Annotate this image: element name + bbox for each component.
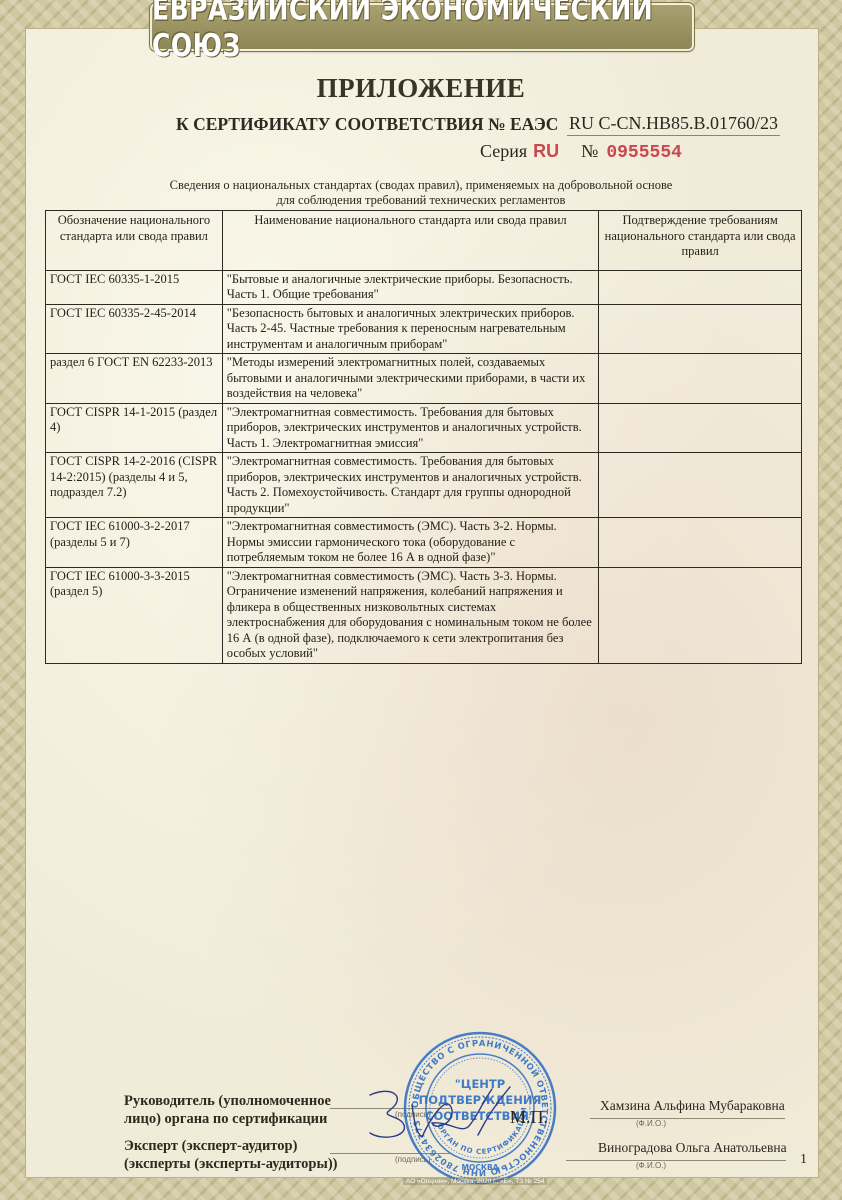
expert-label-line-2: (эксперты (эксперты-аудиторы)) <box>124 1155 337 1173</box>
standard-designation: ГОСТ IEC 60335-1-2015 <box>46 270 223 304</box>
intro-line-2: для соблюдения требований технических ре… <box>0 193 842 208</box>
intro-line-1: Сведения о национальных стандартах (свод… <box>0 178 842 193</box>
standard-name: "Электромагнитная совместимость. Требова… <box>222 403 598 453</box>
page-number: 1 <box>800 1152 807 1168</box>
standard-name: "Безопасность бытовых и аналогичных элек… <box>222 304 598 354</box>
union-banner-text: ЕВРАЗИЙСКИЙ ЭКОНОМИЧЕСКИЙ СОЮЗ <box>152 0 692 63</box>
header-name: Наименование национального стандарта или… <box>222 211 598 271</box>
head-label-line-2: лицо) органа по сертификации <box>124 1110 331 1128</box>
handwritten-signature-icon <box>352 1075 522 1155</box>
expert-fio-line <box>566 1160 786 1161</box>
standard-confirmation <box>599 304 802 354</box>
expert-fio-caption: (Ф.И.О.) <box>636 1161 666 1170</box>
certificate-label: К СЕРТИФИКАТУ СООТВЕТСТВИЯ № ЕАЭС <box>176 114 558 135</box>
standard-name: "Электромагнитная совместимость. Требова… <box>222 453 598 518</box>
standard-confirmation <box>599 453 802 518</box>
intro-text: Сведения о национальных стандартах (свод… <box>0 178 842 208</box>
table-row: ГОСТ IEC 60335-2-45-2014 "Безопасность б… <box>46 304 802 354</box>
header-designation: Обозначение национального стандарта или … <box>46 211 223 271</box>
certificate-number: RU C-CN.HB85.B.01760/23 <box>567 113 780 136</box>
standard-confirmation <box>599 567 802 663</box>
seal-place-mark: М.П. <box>510 1107 548 1128</box>
table-header-row: Обозначение национального стандарта или … <box>46 211 802 271</box>
standard-designation: ГОСТ CISPR 14-2-2016 (CISPR 14-2:2015) (… <box>46 453 223 518</box>
standard-name: "Методы измерений электромагнитных полей… <box>222 354 598 404</box>
standard-confirmation <box>599 354 802 404</box>
table-row: ГОСТ IEC 61000-3-2-2017 (разделы 5 и 7) … <box>46 518 802 568</box>
header-confirmation: Подтверждение требованиям национального … <box>599 211 802 271</box>
number-label: № <box>581 141 598 161</box>
standard-name: "Электромагнитная совместимость (ЭМС). Ч… <box>222 567 598 663</box>
head-name: Хамзина Альфина Мубараковна <box>600 1098 785 1114</box>
series-label: Серия <box>480 141 527 161</box>
standard-designation: раздел 6 ГОСТ EN 62233-2013 <box>46 354 223 404</box>
union-banner: ЕВРАЗИЙСКИЙ ЭКОНОМИЧЕСКИЙ СОЮЗ <box>150 3 694 51</box>
standard-designation: ГОСТ IEC 61000-3-2-2017 (разделы 5 и 7) <box>46 518 223 568</box>
expert-label: Эксперт (эксперт-аудитор) (эксперты (экс… <box>124 1137 337 1173</box>
head-fio-line <box>590 1118 785 1119</box>
standards-table: Обозначение национального стандарта или … <box>45 210 802 664</box>
printer-imprint: АО «Опцион», Москва, 2020 г., «Б», ТЗ № … <box>403 1178 547 1185</box>
head-of-body-label: Руководитель (уполномоченное лицо) орган… <box>124 1092 331 1128</box>
table-row: раздел 6 ГОСТ EN 62233-2013 "Методы изме… <box>46 354 802 404</box>
expert-label-line-1: Эксперт (эксперт-аудитор) <box>124 1137 337 1155</box>
standard-name: "Электромагнитная совместимость (ЭМС). Ч… <box>222 518 598 568</box>
standard-confirmation <box>599 403 802 453</box>
table-row: ГОСТ CISPR 14-1-2015 (раздел 4) "Электро… <box>46 403 802 453</box>
series-line: СерияRU№0955554 <box>480 141 682 163</box>
blank-number: 0955554 <box>606 143 682 163</box>
table-row: ГОСТ IEC 60335-1-2015 "Бытовые и аналоги… <box>46 270 802 304</box>
seal-city: МОСКВА <box>462 1163 499 1172</box>
series-value: RU <box>533 141 559 161</box>
standard-name: "Бытовые и аналогичные электрические при… <box>222 270 598 304</box>
standard-confirmation <box>599 518 802 568</box>
standard-designation: ГОСТ IEC 61000-3-3-2015 (раздел 5) <box>46 567 223 663</box>
standard-designation: ГОСТ IEC 60335-2-45-2014 <box>46 304 223 354</box>
expert-name: Виноградова Ольга Анатольевна <box>598 1140 787 1156</box>
table-row: ГОСТ IEC 61000-3-3-2015 (раздел 5) "Элек… <box>46 567 802 663</box>
table-row: ГОСТ CISPR 14-2-2016 (CISPR 14-2:2015) (… <box>46 453 802 518</box>
page-title: ПРИЛОЖЕНИЕ <box>0 73 842 104</box>
standard-designation: ГОСТ CISPR 14-1-2015 (раздел 4) <box>46 403 223 453</box>
head-fio-caption: (Ф.И.О.) <box>636 1119 666 1128</box>
standard-confirmation <box>599 270 802 304</box>
head-label-line-1: Руководитель (уполномоченное <box>124 1092 331 1110</box>
